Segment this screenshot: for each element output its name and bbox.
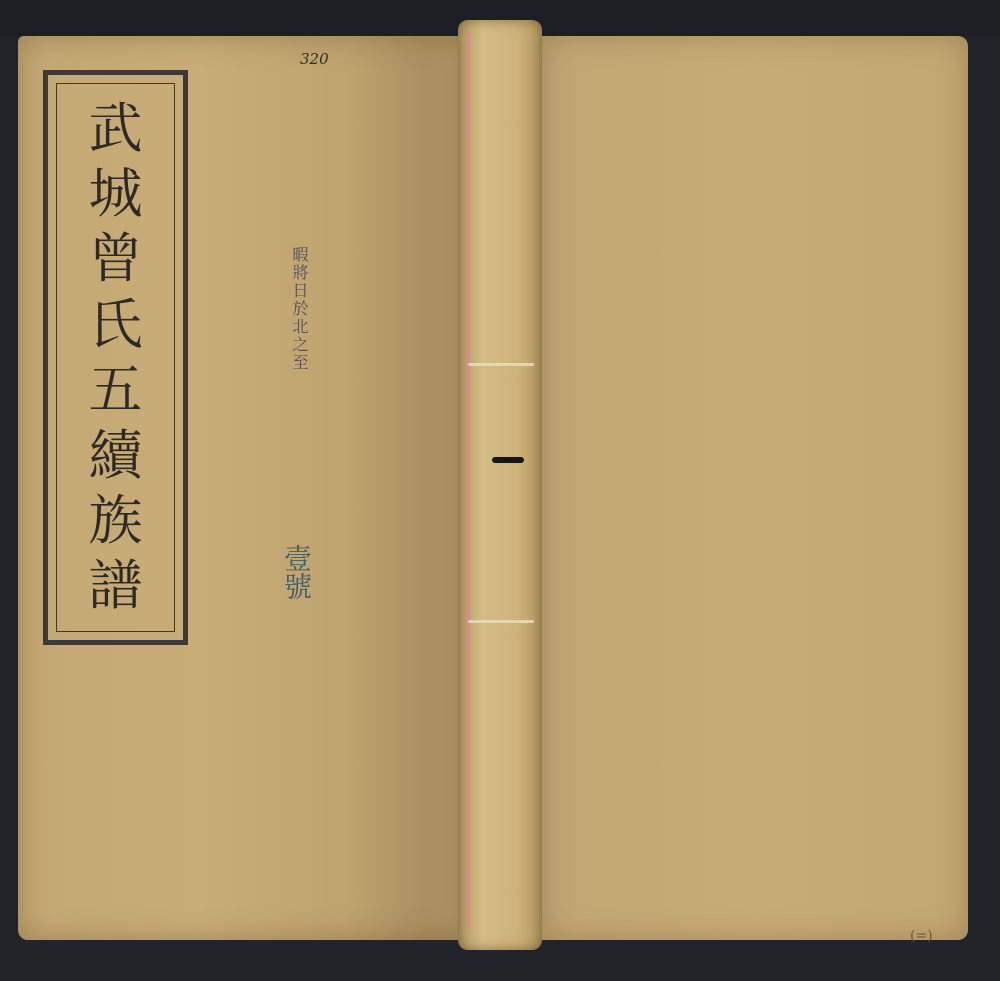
blue-ink-note: 壹號	[276, 544, 316, 600]
corner-mark: (=)	[910, 928, 933, 944]
red-page-edge	[466, 30, 470, 930]
catalog-number: 320	[300, 50, 329, 68]
title-char: 氏	[89, 296, 143, 354]
title-label-inner: 武 城 曾 氏 五 續 族 譜	[56, 83, 175, 632]
title-char: 族	[89, 492, 143, 550]
book-spine	[458, 20, 542, 950]
binding-thread	[468, 620, 534, 623]
spine-ink-mark	[492, 457, 524, 463]
title-label: 武 城 曾 氏 五 續 族 譜	[43, 70, 188, 645]
back-cover	[542, 36, 968, 940]
title-char: 五	[89, 361, 143, 419]
title-char: 武	[89, 100, 143, 158]
title-char: 曾	[89, 230, 143, 288]
title-char: 譜	[89, 557, 143, 615]
binding-thread	[468, 363, 534, 366]
title-char: 續	[89, 427, 143, 485]
title-char: 城	[89, 165, 143, 223]
pencil-note: 暇將日於北之至	[288, 246, 311, 372]
front-cover: 320 武 城 曾 氏 五 續 族 譜 暇將日於北之至 壹號	[18, 36, 468, 940]
